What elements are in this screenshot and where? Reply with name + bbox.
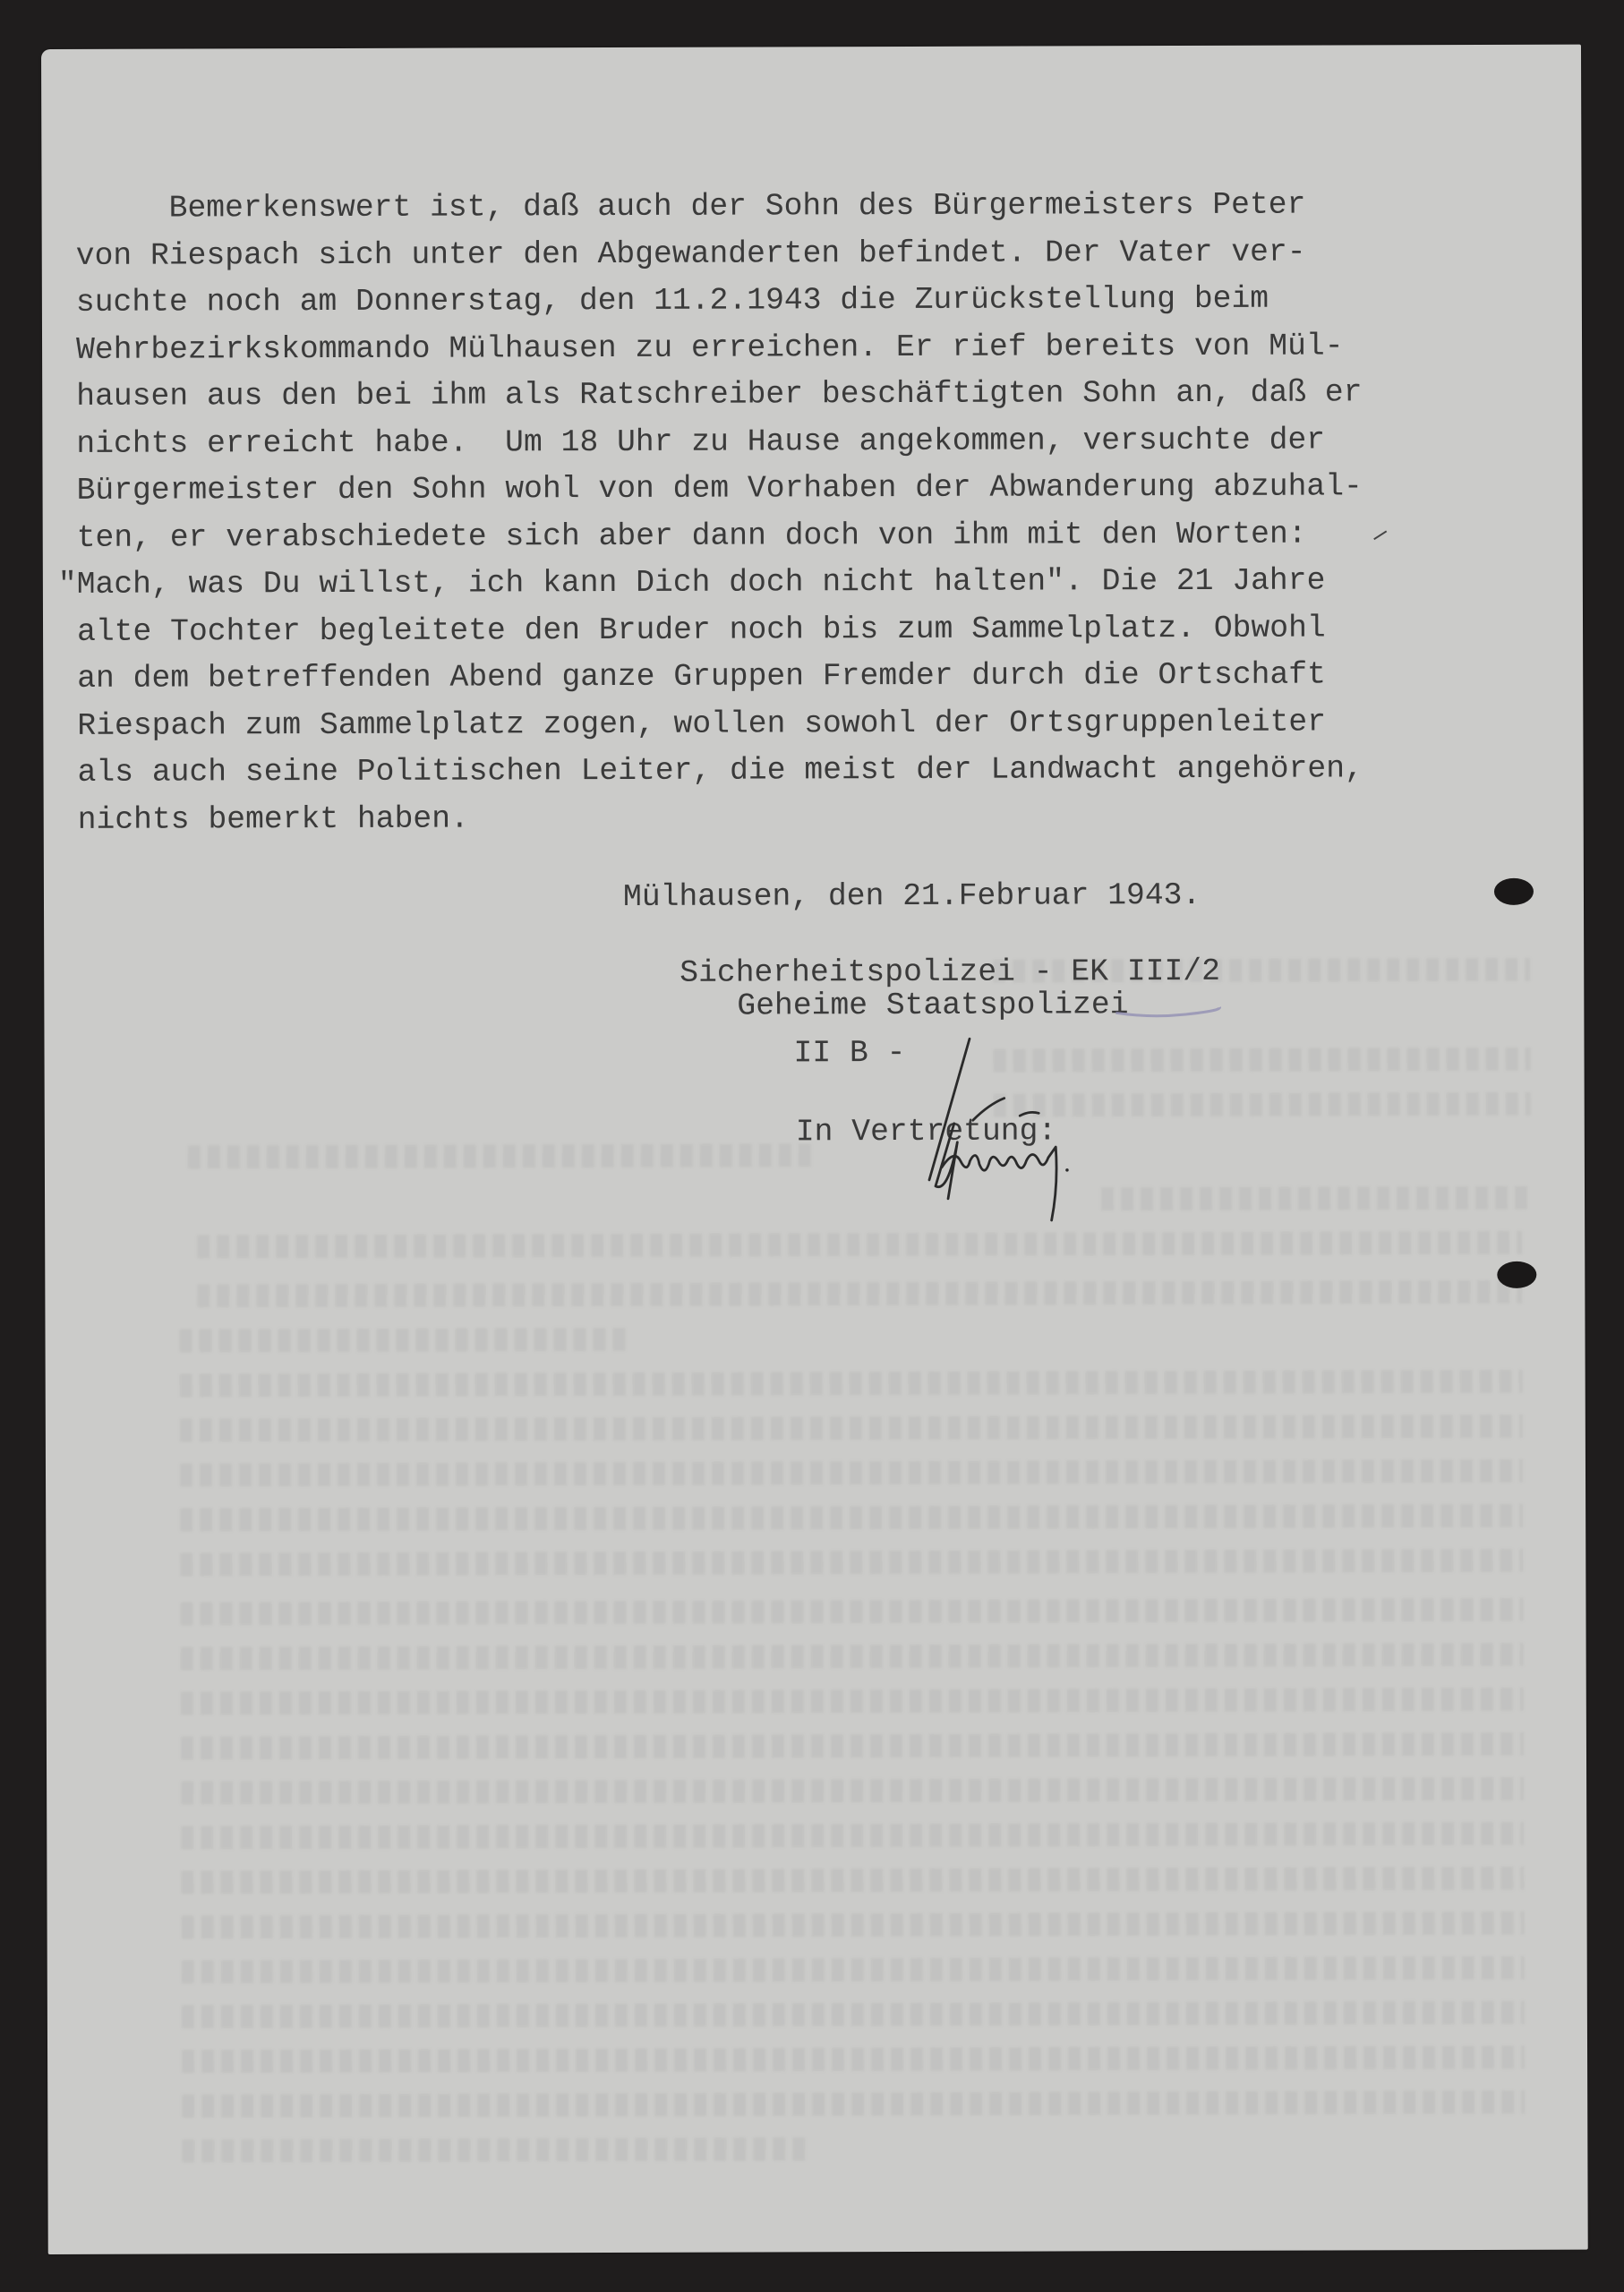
bleed-through-texture [182,1956,1525,1984]
body-line: Bemerkenswert ist, daß auch der Sohn des… [76,191,1306,226]
body-line: suchte noch am Donnerstag, den 11.2.1943… [76,285,1269,320]
body-line: hausen aus den bei ihm als Ratschreiber … [76,378,1362,413]
bleed-through-texture [181,1643,1524,1671]
bleed-through-texture [181,1822,1524,1850]
body-line: "Mach, was Du willst, ich kann Dich doch… [58,566,1326,601]
bleed-through-texture [182,2001,1525,2029]
bleed-through-texture [188,1143,815,1168]
bleed-through-texture [180,1459,1523,1487]
body-line: Bürgermeister den Sohn wohl von dem Vorh… [76,472,1362,507]
punch-hole-bottom [1497,1261,1536,1288]
body-line: als auch seine Politischen Leiter, die m… [77,754,1363,789]
bleed-through-texture [197,1280,1522,1308]
bleed-through-texture [181,1867,1524,1894]
body-line: Wehrbezirkskommando Mülhausen zu erreich… [76,331,1344,366]
bleed-through-texture [180,1504,1523,1532]
bleed-through-texture [181,1688,1524,1715]
bleed-through-texture [197,1231,1522,1259]
bleed-through-texture [180,1370,1523,1398]
bleed-through-texture [182,1911,1525,1939]
bleed-through-texture [180,1549,1523,1577]
stray-mark [1372,528,1390,541]
closing-block: Mülhausen, den 21.Februar 1943. Sicherhe… [41,45,1581,49]
body-line: nichts erreicht habe. Um 18 Uhr zu Hause… [76,425,1325,460]
body-line: ten, er verabschiedete sich aber dann do… [77,520,1307,555]
bleed-through-texture [1101,1186,1531,1211]
blue-pencil-mark [1114,1004,1221,1022]
body-line: von Riespach sich unter den Abgewanderte… [76,238,1306,273]
bleed-through-texture [180,1415,1523,1442]
punch-hole-top [1494,878,1534,905]
body-paragraph: Bemerkenswert ist, daß auch der Sohn des… [41,45,1581,49]
bleed-through-texture [182,2137,808,2162]
bleed-through-texture [179,1328,627,1353]
document-page: Bemerkenswert ist, daß auch der Sohn des… [41,45,1588,2254]
issuing-authority: Sicherheitspolizei - EK III/2 [680,957,1220,990]
bleed-through-texture [181,1777,1524,1805]
body-line: an dem betreffenden Abend ganze Gruppen … [77,660,1326,695]
body-line: nichts bemerkt haben. [78,805,469,837]
handwritten-signature-icon [876,1035,1145,1224]
place-date: Mülhausen, den 21.Februar 1943. [623,881,1201,914]
body-line: alte Tochter begleitete den Bruder noch … [77,613,1326,648]
bleed-through-texture [182,2046,1525,2074]
bleed-through-texture [181,1732,1524,1760]
issuing-agency: Geheime Staatspolizei [737,990,1128,1022]
body-line: Riespach zum Sammelplatz zogen, wollen s… [77,707,1326,742]
bleed-through-texture [182,2091,1525,2118]
bleed-through-texture [180,1598,1523,1626]
